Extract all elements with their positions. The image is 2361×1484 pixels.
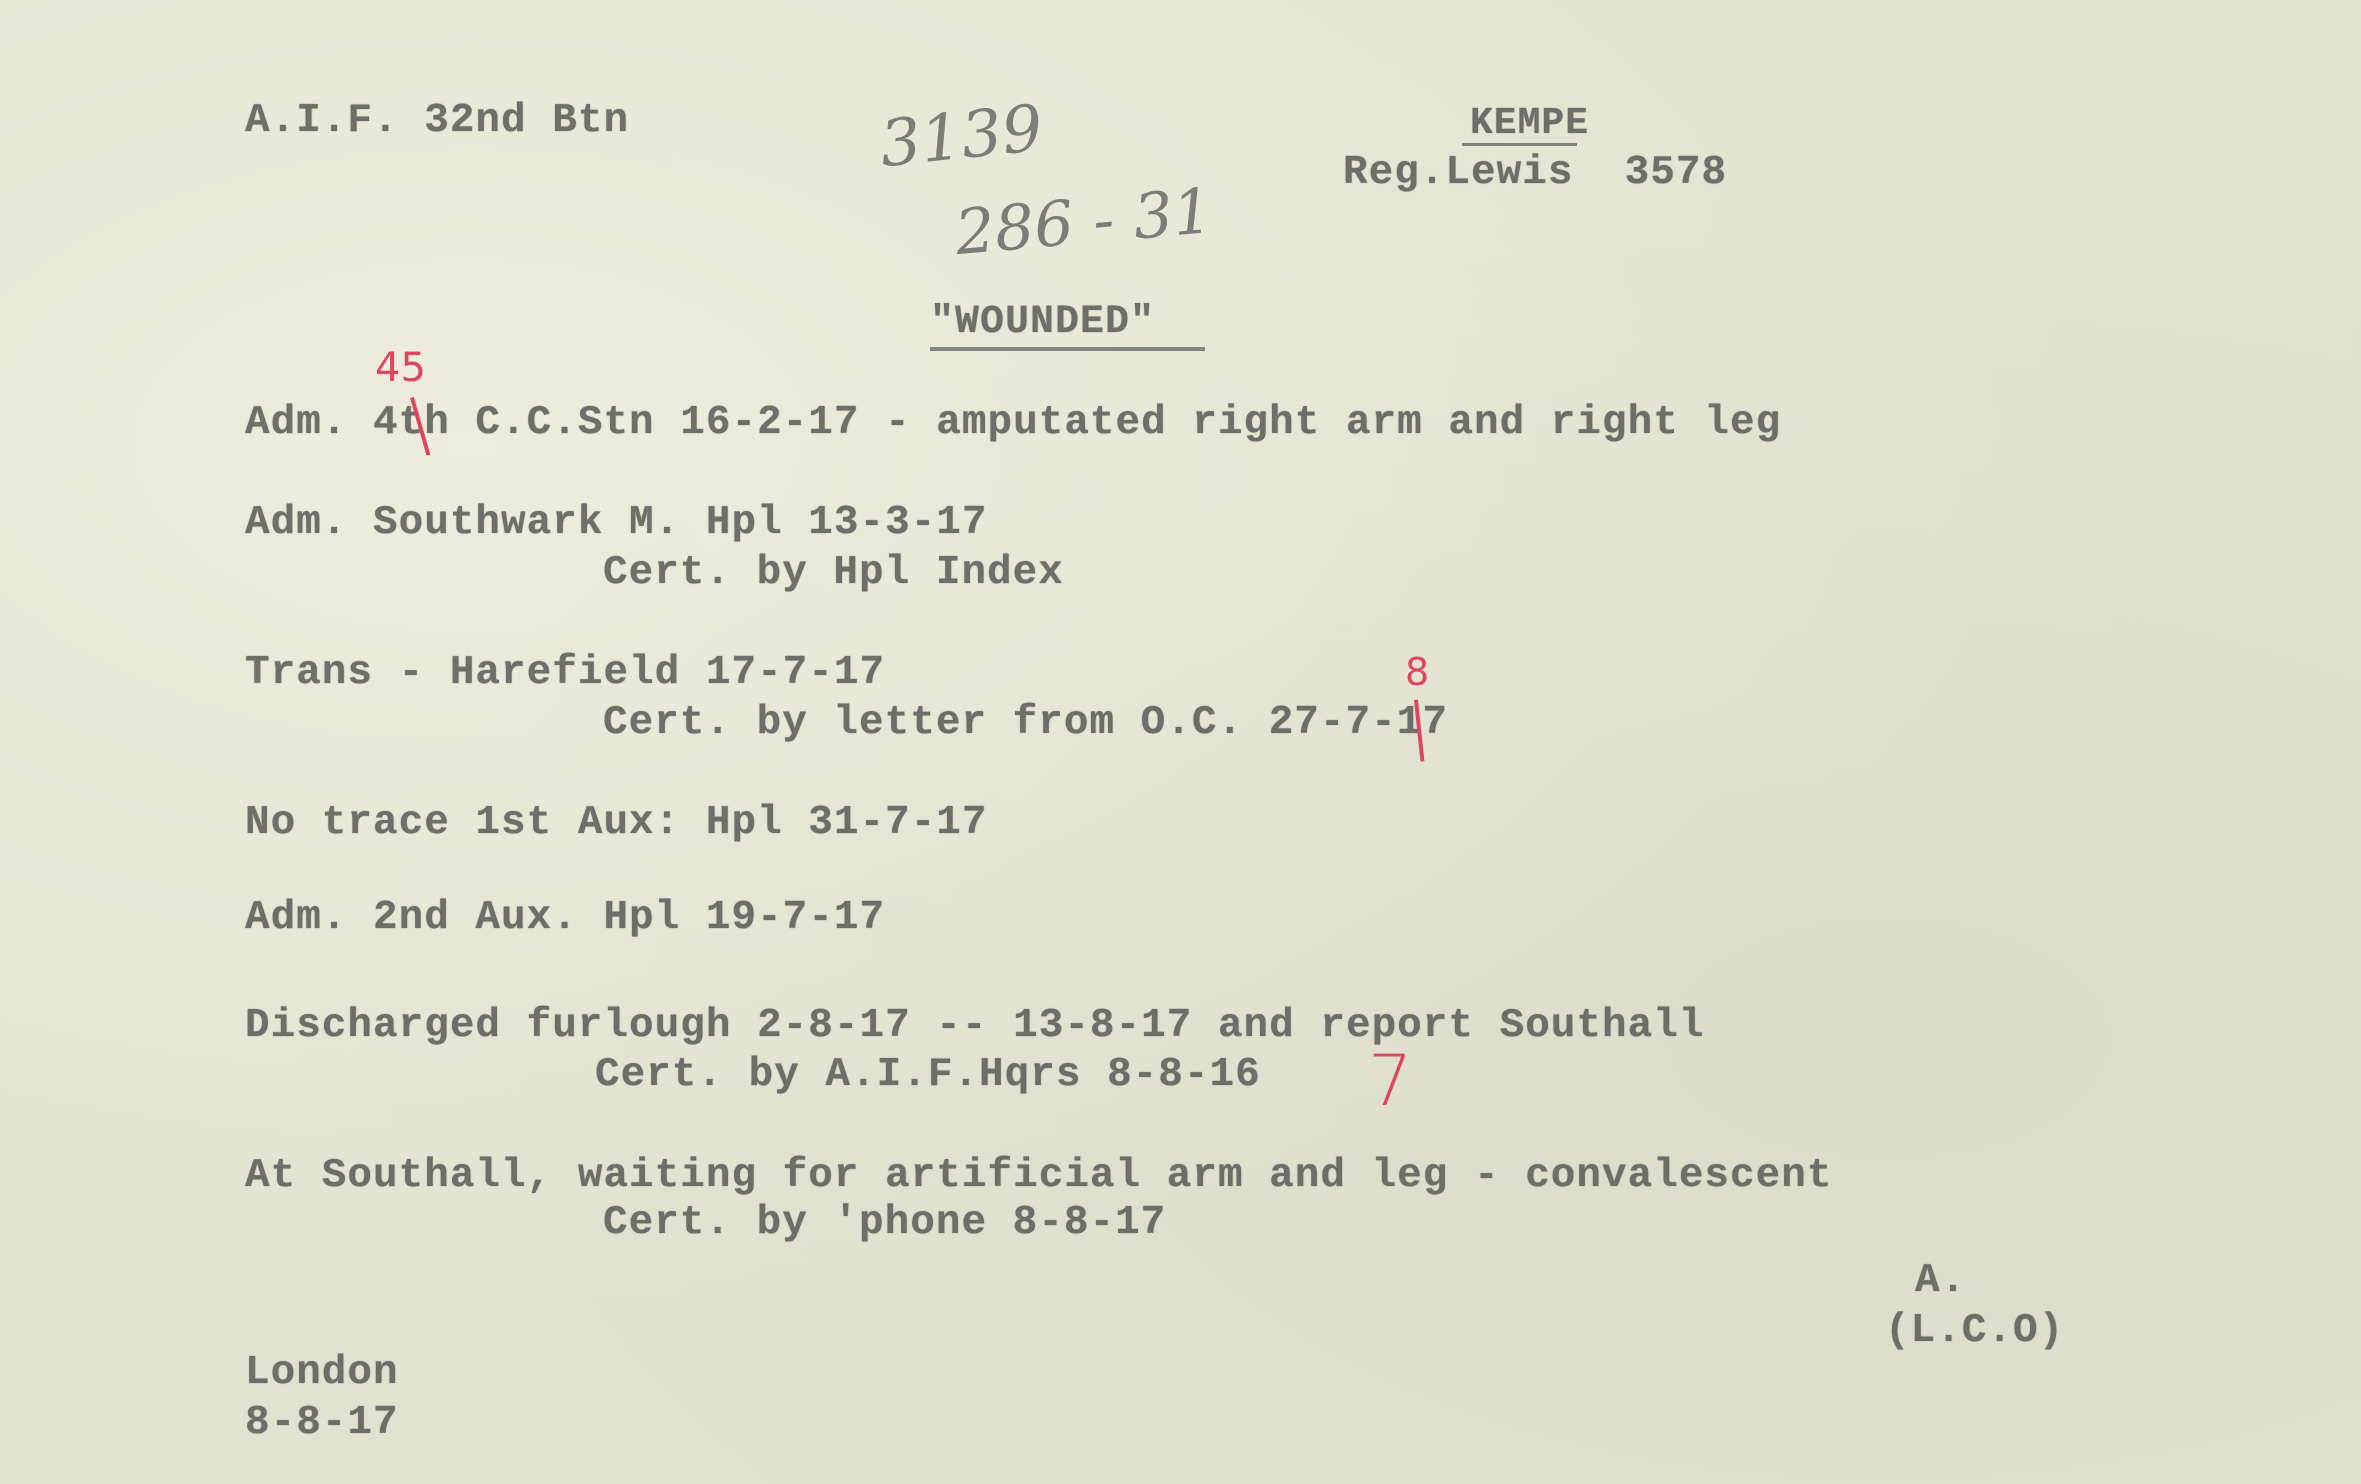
entry-3-line: Trans - Harefield 17-7-17 [245,650,885,696]
entry-6-line: Discharged furlough 2-8-17 -- 13-8-17 an… [245,1003,1704,1049]
surname-underline [1462,143,1577,146]
entry-3-cert: Cert. by letter from O.C. 27-7-17 [603,700,1448,746]
entry-1-line: Adm. 4th C.C.Stn 16-2-17 - amputated rig… [245,400,1781,446]
signature-initial: A. [1915,1258,1966,1304]
name-and-number: Reg.Lewis 3578 [1343,150,1727,196]
status-heading: "WOUNDED" [930,300,1155,345]
entry-2-line: Adm. Southwark M. Hpl 13-3-17 [245,500,988,546]
unit-label: A.I.F. 32nd Btn [245,98,629,144]
entry-3-correction: 8 [1405,650,1429,694]
surname: KEMPE [1470,102,1589,145]
footer-date: 8-8-17 [245,1400,399,1446]
entry-6-cert: Cert. by A.I.F.Hqrs 8-8-16 [595,1052,1261,1098]
status-underline [930,347,1205,351]
entry-1-correction: 45 [375,345,426,391]
handwritten-ref-2: 286 - 31 [952,174,1215,269]
footer-place: London [245,1350,399,1396]
entry-2-cert: Cert. by Hpl Index [603,550,1064,596]
handwritten-ref-1: 3139 [877,92,1047,183]
entry-5-line: Adm. 2nd Aux. Hpl 19-7-17 [245,895,885,941]
entry-7-line: At Southall, waiting for artificial arm … [245,1153,1832,1199]
entry-4-line: No trace 1st Aux: Hpl 31-7-17 [245,800,988,846]
signature-title: (L.C.O) [1885,1308,2064,1354]
entry-6-correction: 7 [1368,1040,1413,1122]
entry-7-cert: Cert. by 'phone 8-8-17 [603,1200,1166,1246]
